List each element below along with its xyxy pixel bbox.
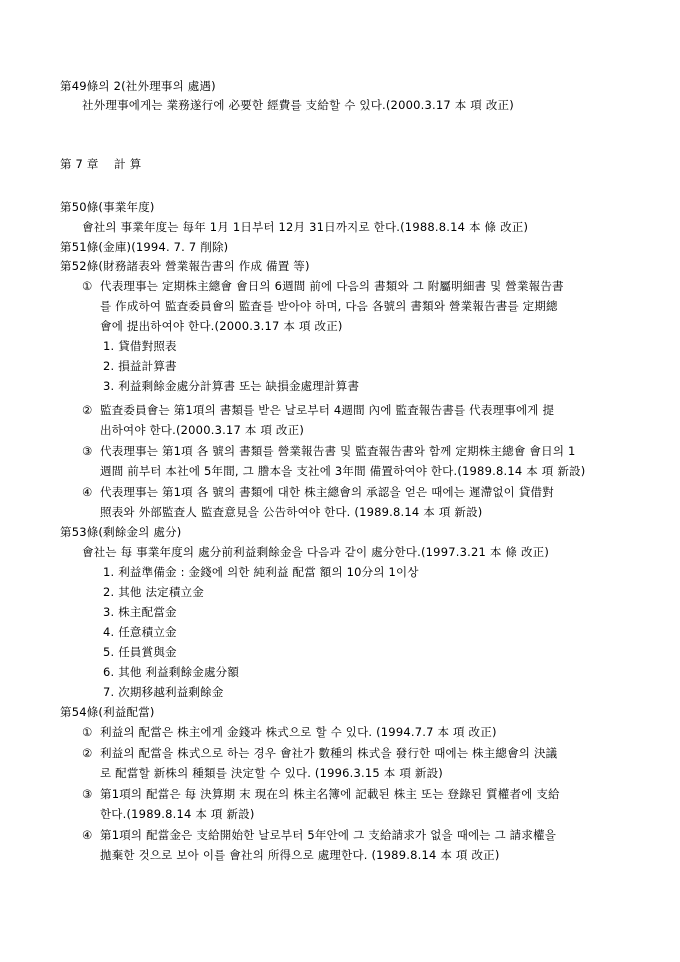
article-53-item: 5. 任員賞與金 (103, 644, 177, 660)
article-53-body: 會社는 每 事業年度의 處分前利益剩餘金을 다음과 같이 處分한다.(1997.… (82, 544, 549, 560)
article-54-heading: 第54條(利益配當) (60, 704, 155, 720)
chapter-7-heading: 第 7 章 計 算 (60, 156, 141, 172)
article-54-p2-line: 로 配當할 新株의 種類를 決定할 수 있다. (1996.3.15 本 項 新… (100, 765, 443, 781)
article-54-p2-line: 利益의 配當을 株式으로 하는 경우 會社가 數種의 株式을 發行한 때에는 株… (100, 745, 557, 761)
article-54-p1-marker: ① (82, 724, 93, 740)
article-51-heading: 第51條(金庫)(1994. 7. 7 削除) (60, 239, 228, 255)
article-52-p4-line: 代表理事는 第1項 各 號의 書類에 대한 株主總會의 承認을 얻은 때에는 遲… (100, 484, 554, 500)
article-53-heading: 第53條(剩餘金의 處分) (60, 524, 181, 540)
article-52-p3-marker: ③ (82, 443, 93, 459)
article-52-p1-line: 會에 提出하여야 한다.(2000.3.17 本 項 改正) (100, 318, 343, 334)
article-52-p1-marker: ① (82, 278, 93, 294)
article-54-p2-marker: ② (82, 745, 93, 761)
article-53-item: 7. 次期移越利益剩餘金 (103, 684, 224, 700)
article-52-p4-marker: ④ (82, 484, 93, 500)
article-54-p4-line: 第1項의 配當金은 支給開始한 날로부터 5年안에 그 支給請求가 없을 때에는… (100, 827, 556, 843)
article-52-p1-item: 3. 利益剩餘金處分計算書 또는 缺損金處理計算書 (103, 378, 359, 394)
article-52-p2-line: 出하여야 한다.(2000.3.17 本 項 改正) (100, 422, 304, 438)
article-49-2-body: 社外理事에게는 業務遂行에 必要한 經費를 支給할 수 있다.(2000.3.1… (82, 97, 514, 113)
article-52-p3-line: 週間 前부터 本社에 5年間, 그 謄本을 支社에 3年間 備置하여야 한다.(… (100, 463, 585, 479)
article-52-p4-line: 照表와 外部監査人 監査意見을 公告하여야 한다. (1989.8.14 本 項… (100, 504, 482, 520)
article-54-p3-line: 第1項의 配當은 每 決算期 末 現在의 株主名簿에 記載된 株主 또는 登錄된… (100, 786, 560, 802)
article-53-item: 2. 其他 法定積立金 (103, 584, 204, 600)
article-50-heading: 第50條(事業年度) (60, 199, 155, 215)
article-53-item: 4. 任意積立金 (103, 624, 177, 640)
article-52-p1-line: 를 作成하여 監査委員會의 監査를 받아야 하며, 다음 各號의 書類와 營業報… (100, 298, 558, 314)
article-54-p3-marker: ③ (82, 786, 93, 802)
article-52-p2-marker: ② (82, 402, 93, 418)
article-54-p4-marker: ④ (82, 827, 93, 843)
article-53-item: 3. 株主配當金 (103, 604, 177, 620)
article-54-p4-line: 拋棄한 것으로 보아 이를 會社의 所得으로 處理한다. (1989.8.14 … (100, 847, 500, 863)
article-52-heading: 第52條(財務諸表와 營業報告書의 作成 備置 等) (60, 258, 310, 274)
article-52-p1-item: 2. 損益計算書 (103, 358, 177, 374)
article-53-item: 1. 利益準備金 : 金錢에 의한 純利益 配當 額의 10分의 1이상 (103, 564, 419, 580)
article-52-p2-line: 監査委員會는 第1項의 書類를 받은 날로부터 4週間 內에 監査報告書를 代表… (100, 402, 554, 418)
article-54-p3-line: 한다.(1989.8.14 本 項 新設) (100, 806, 255, 822)
article-50-body: 會社의 事業年度는 每年 1月 1日부터 12月 31日까지로 한다.(1988… (82, 219, 528, 235)
article-54-p1-line: 利益의 配當은 株主에게 金錢과 株式으로 할 수 있다. (1994.7.7 … (100, 724, 497, 740)
article-52-p3-line: 代表理事는 第1項 各 號의 書類를 營業報告書 및 監査報告書와 함께 定期株… (100, 443, 576, 459)
article-52-p1-item: 1. 貸借對照表 (103, 338, 177, 354)
article-53-item: 6. 其他 利益剩餘金處分額 (103, 664, 239, 680)
article-49-2-heading: 第49條의 2(社外理事의 處遇) (60, 78, 216, 94)
article-52-p1-line: 代表理事는 定期株主總會 會日의 6週間 前에 다음의 書類와 그 附屬明細書 … (100, 278, 564, 294)
